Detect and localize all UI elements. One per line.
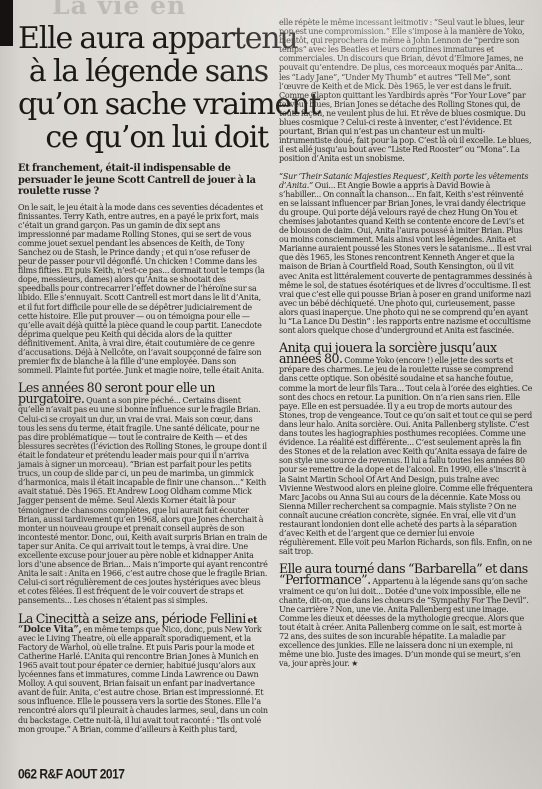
article-paragraph: Elle aura tourné dans “Barbarella” et da…	[279, 564, 533, 668]
article-paragraph: La Cinecittà a seize ans, période Fellin…	[18, 614, 268, 734]
paragraph-text: Comme Yoko (encore !) elle jette des sor…	[279, 356, 533, 556]
paragraph-text: en même temps que Nico, donc, puis New Y…	[18, 625, 268, 734]
standfirst: Et franchement, était-il indispensable d…	[18, 163, 268, 198]
paragraph-text: Quant a son pire péché... Certains disen…	[18, 396, 268, 605]
paragraph-text: Oui... Et Angie Bowie a appris à David B…	[279, 181, 532, 336]
article-paragraph: Anita qui jouera la sorcière jusqu’aux a…	[279, 343, 533, 556]
article-paragraph: elle répète le même incessant leitmotiv …	[279, 18, 533, 164]
right-column: elle répète le même incessant leitmotiv …	[279, 18, 533, 676]
magazine-page: La vie en Elle aura appartenu à la légen…	[0, 0, 542, 789]
article-title: Elle aura appartenu à la légende sans qu…	[18, 22, 268, 154]
title-line: ce qu’on lui doit	[18, 121, 268, 154]
paragraph-text: elle répète le même incessant leitmotiv …	[279, 18, 531, 163]
paragraph-text: Appartenu à la légende sans qu’on sache …	[279, 577, 529, 668]
left-column: Elle aura appartenu à la légende sans qu…	[18, 22, 268, 742]
ghost-header-text: La vie en	[52, 0, 186, 20]
article-paragraph: “Sur ‘Their Satanic Majesties Request’, …	[279, 172, 533, 336]
title-line: qu’on sache vraiment	[18, 88, 268, 121]
article-paragraph: Les années 80 seront pour elle un purgat…	[18, 383, 268, 605]
page-footer: 062 R&F AOUT 2017	[18, 766, 124, 782]
article-paragraph: On le sait, le jeu était à la mode dans …	[18, 203, 268, 376]
scan-edge-mark	[0, 0, 13, 46]
title-line: à la légende sans	[18, 55, 268, 88]
title-line: Elle aura appartenu	[18, 22, 268, 55]
paragraph-text: On le sait, le jeu était à la mode dans …	[18, 203, 265, 376]
